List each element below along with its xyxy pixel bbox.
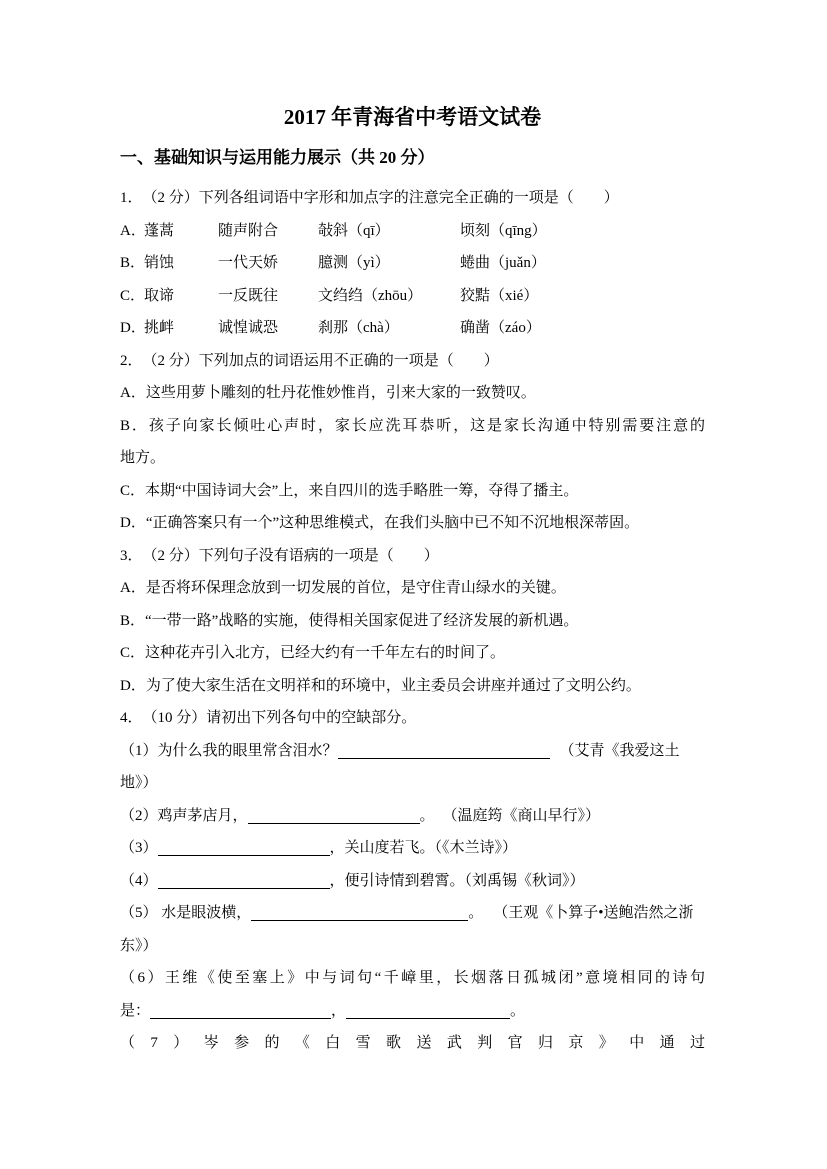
item-text: （4） <box>120 873 158 889</box>
q1-option-d: D． 挑衅 诚惶诚恐 刹那（chà） 确凿（záo） <box>120 312 705 345</box>
option-word: 文绉绉（zhōu） <box>318 280 460 313</box>
item-source: （王观《卜算子•送鲍浩然之浙 <box>493 905 693 921</box>
option-word: 随声附合 <box>218 215 318 248</box>
q4-item-5-line1: （5） 水是眼波横，。（王观《卜算子•送鲍浩然之浙 <box>120 897 705 930</box>
option-word: 诚惶诚恐 <box>218 312 318 345</box>
q3-option-a: A．是否将环保理念放到一切发展的首位，是守住青山绿水的关键。 <box>120 572 705 605</box>
item-text: ， <box>331 1003 346 1019</box>
item-source: （艾青《我爱这土 <box>560 743 680 759</box>
item-text: ，关山度若飞。（《木兰诗》） <box>330 840 518 856</box>
option-word: 刹那（chà） <box>318 312 460 345</box>
q2-option-b-line2: 地方。 <box>120 442 705 475</box>
q3-option-d: D．为了使大家生活在文明祥和的环境中，业主委员会讲座并通过了文明公约。 <box>120 670 705 703</box>
option-label: D． <box>120 312 144 345</box>
q4-stem: 4． （10 分）请初出下列各句中的空缺部分。 <box>120 702 705 735</box>
document-body: 2017 年青海省中考语文试卷 一、基础知识与运用能力展示（共 20 分） 1．… <box>120 0 705 1060</box>
option-word: 敧斜（qī） <box>318 215 460 248</box>
exam-page: 2017 年青海省中考语文试卷 一、基础知识与运用能力展示（共 20 分） 1．… <box>0 0 827 1169</box>
answer-blank-4 <box>158 873 330 889</box>
q4-item-6-line1: （6）王维《使至塞上》中与词句“千嶂里，长烟落日孤城闭”意境相同的诗句 <box>120 962 705 995</box>
item-text: （5） 水是眼波横， <box>120 905 251 921</box>
q2-stem: 2． （2 分）下列加点的词语运用不正确的一项是（ ） <box>120 345 705 378</box>
q4-item-5-line2: 东》） <box>120 930 705 963</box>
option-word: 蓬蒿 <box>144 215 218 248</box>
q3-stem: 3． （2 分）下列句子没有语病的一项是（ ） <box>120 540 705 573</box>
option-word: 挑衅 <box>144 312 218 345</box>
answer-blank-6a <box>150 1003 331 1019</box>
item-text: （3） <box>120 840 158 856</box>
option-word: 蜷曲（juǎn） <box>460 247 705 280</box>
option-label: C． <box>120 280 144 313</box>
q4-item-2: （2）鸡声茅店月，。（温庭筠《商山早行》） <box>120 800 705 833</box>
q2-option-c: C．本期“中国诗词大会”上，来自四川的选手略胜一筹，夺得了播主。 <box>120 475 705 508</box>
option-word: 一代天娇 <box>218 247 318 280</box>
answer-blank-3 <box>158 840 330 856</box>
q1-stem: 1． （2 分）下列各组词语中字形和加点字的注意完全正确的一项是（ ） <box>120 182 705 215</box>
item-text: 。 <box>510 1003 525 1019</box>
q1-option-b: B． 销蚀 一代天娇 臆测（yì） 蜷曲（juǎn） <box>120 247 705 280</box>
item-text: （1）为什么我的眼里常含泪水？ <box>120 743 338 759</box>
answer-blank-5 <box>251 905 468 921</box>
q3-option-b: B．“一带一路”战略的实施，使得相关国家促进了经济发展的新机遇。 <box>120 605 705 638</box>
item-text: ，便引诗情到碧霄。（刘禹锡《秋词》） <box>330 873 585 889</box>
item-text: 。 <box>468 905 483 921</box>
q1-option-a: A． 蓬蒿 随声附合 敧斜（qī） 顷刻（qīng） <box>120 215 705 248</box>
answer-blank-6b <box>346 1003 510 1019</box>
q4-item-7: （7）岑参的《白雪歌送武判官归京》中通过 <box>120 1027 705 1060</box>
item-source: （温庭筠《商山早行》） <box>443 808 601 824</box>
option-word: 臆测（yì） <box>318 247 460 280</box>
q3-option-c: C．这种花卉引入北方，已经大约有一千年左右的时间了。 <box>120 637 705 670</box>
option-word: 一反既往 <box>218 280 318 313</box>
section-heading: 一、基础知识与运用能力展示（共 20 分） <box>120 142 705 175</box>
item-text: （2）鸡声茅店月， <box>120 808 248 824</box>
item-text: 。 <box>420 808 435 824</box>
option-word: 顷刻（qīng） <box>460 215 705 248</box>
option-word: 狡黠（xié） <box>460 280 705 313</box>
option-label: B． <box>120 247 144 280</box>
option-word: 确凿（záo） <box>460 312 705 345</box>
document-title: 2017 年青海省中考语文试卷 <box>120 103 705 131</box>
q4-item-1-line1: （1）为什么我的眼里常含泪水？（艾青《我爱这土 <box>120 735 705 768</box>
option-label: A． <box>120 215 144 248</box>
q2-option-d: D．“正确答案只有一个”这种思维模式，在我们头脑中已不知不沉地根深蒂固。 <box>120 507 705 540</box>
q4-item-1-line2: 地》） <box>120 767 705 800</box>
q2-option-a: A．这些用萝卜雕刻的牡丹花惟妙惟肖，引来大家的一致赞叹。 <box>120 377 705 410</box>
q4-item-3: （3），关山度若飞。（《木兰诗》） <box>120 832 705 865</box>
answer-blank-2 <box>248 808 420 824</box>
option-word: 取谛 <box>144 280 218 313</box>
item-text: 是： <box>120 1003 150 1019</box>
q4-item-4: （4），便引诗情到碧霄。（刘禹锡《秋词》） <box>120 865 705 898</box>
option-word: 销蚀 <box>144 247 218 280</box>
q1-option-c: C． 取谛 一反既往 文绉绉（zhōu） 狡黠（xié） <box>120 280 705 313</box>
q4-item-6-line2: 是：，。 <box>120 995 705 1028</box>
q2-option-b-line1: B．孩子向家长倾吐心声时，家长应洗耳恭听，这是家长沟通中特别需要注意的 <box>120 410 705 443</box>
answer-blank-1 <box>338 743 550 759</box>
